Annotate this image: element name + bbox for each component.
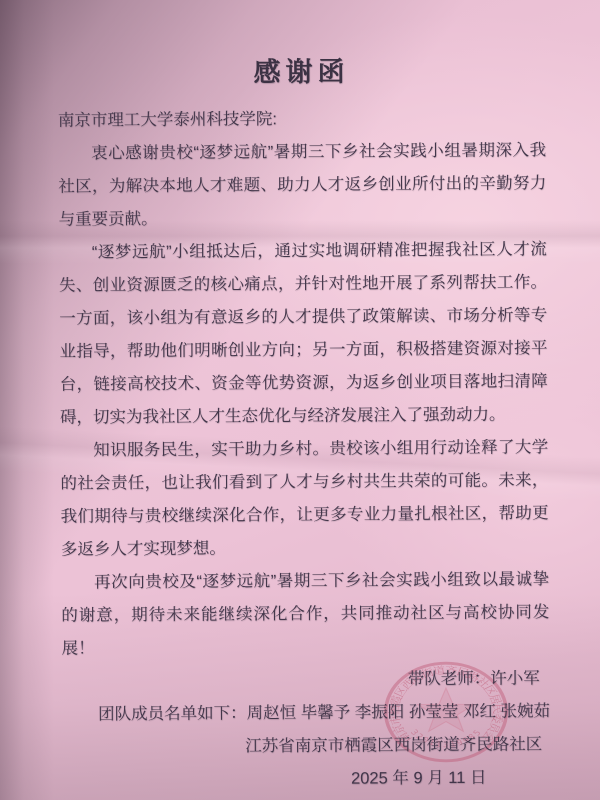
- leader-signature-line: 带队老师：许小军: [62, 662, 550, 698]
- date-line: 2025 年 9 月 11 日: [62, 761, 550, 797]
- paragraph-3: 知识服务民生，实干助力乡村。贵校该小组用行动诠释了大学的社会责任，也让我们看到了…: [60, 431, 549, 566]
- letter-photo: 南京市栖霞区西岗街道齐民路社区居民委员会 3201131998561 感谢函 南…: [0, 0, 600, 800]
- paragraph-4: 再次向贵校及“逐梦远航”暑期三下乡社会实践小组致以最诚挚的谢意，期待未来能继续深…: [61, 563, 550, 665]
- community-signature-line: 江苏省南京市栖霞区西岗街道齐民路社区: [62, 728, 550, 764]
- paragraph-2: “逐梦远航”小组抵达后，通过实地调研精准把握我社区人才流失、创业资源匮乏的核心痛…: [59, 233, 548, 434]
- letter-title: 感谢函: [57, 52, 545, 91]
- letter-content: 感谢函 南京市理工大学泰州科技学院: 衷心感谢贵校“逐梦远航”暑期三下乡社会实践…: [57, 52, 550, 797]
- team-members-label: 团队成员名单如下：: [98, 704, 247, 723]
- team-members-line: 团队成员名单如下：周赵恒 毕馨予 李振阳 孙莹莹 邓红 张婉茹: [62, 695, 550, 731]
- paragraph-1: 衷心感谢贵校“逐梦远航”暑期三下乡社会实践小组暑期深入我社区，为解决本地人才难题…: [58, 134, 547, 236]
- team-members-names: 周赵恒 毕馨予 李振阳 孙莹莹 邓红 张婉茹: [247, 702, 551, 722]
- salutation: 南京市理工大学泰州科技学院:: [58, 101, 546, 137]
